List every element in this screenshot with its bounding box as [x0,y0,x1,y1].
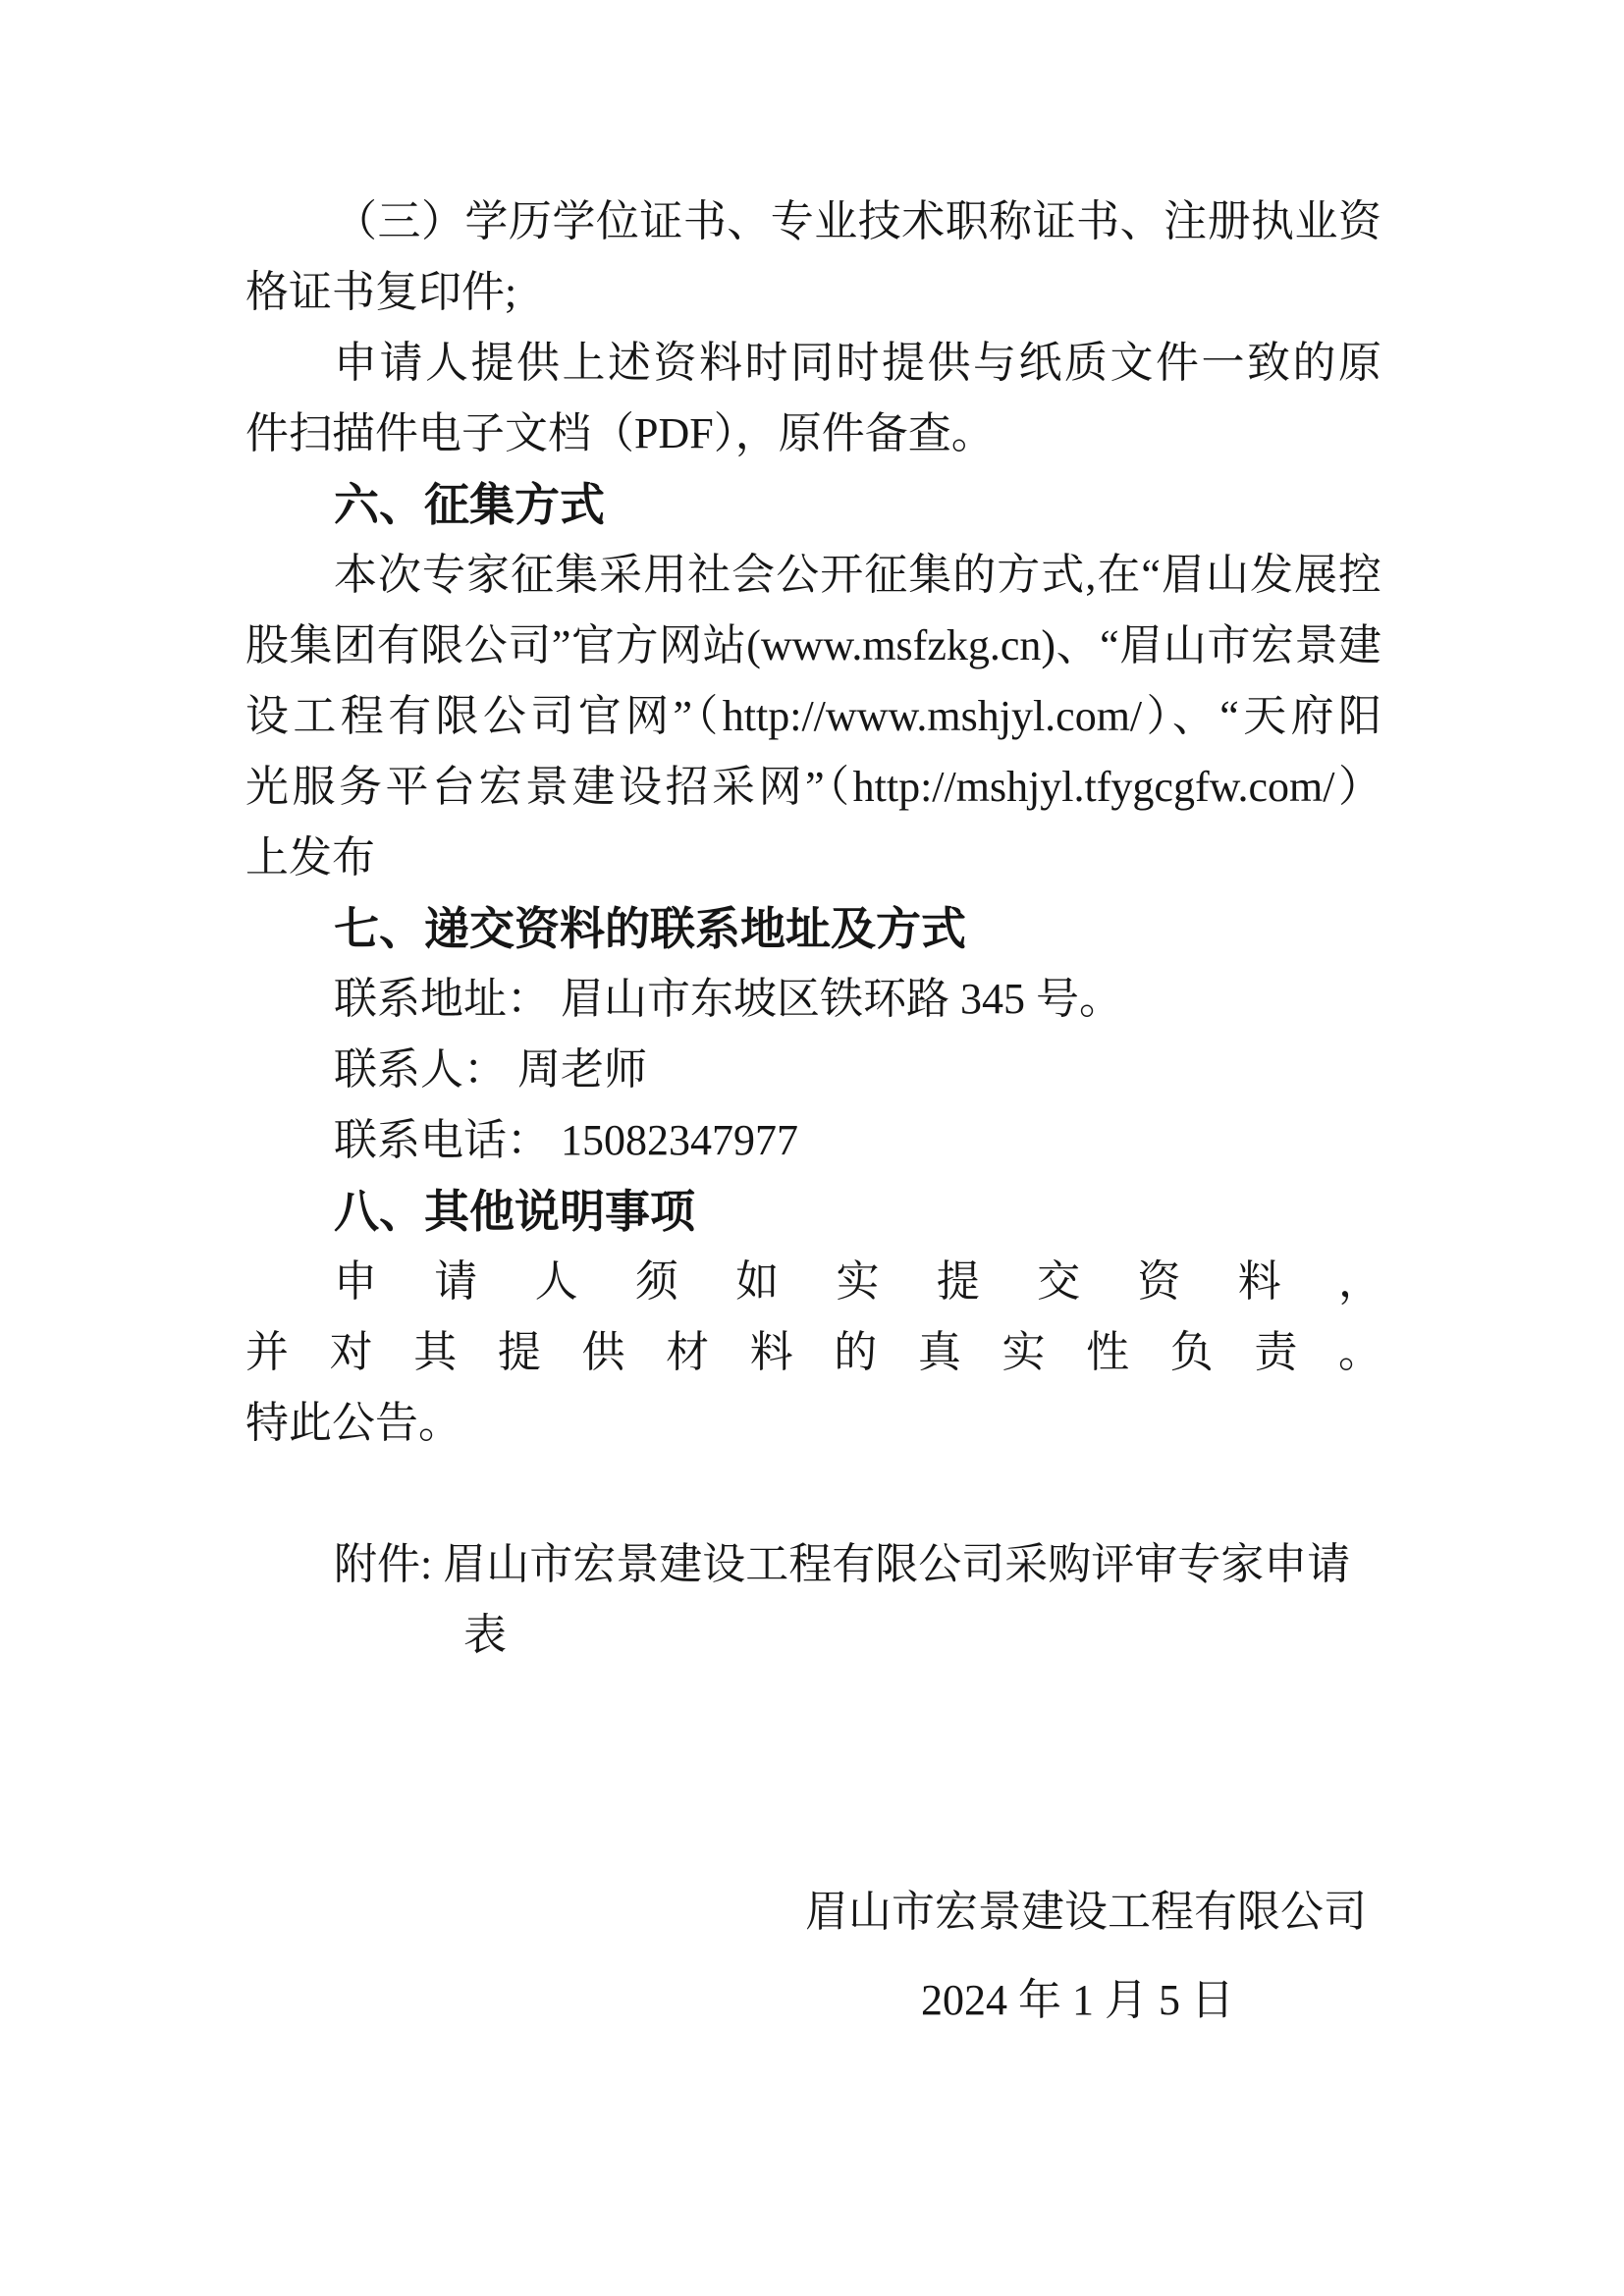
text-line-contact-address: 联系地址： 眉山市东坡区铁环路 345 号。 [245,964,1381,1035]
attachment-line-2: 表 [245,1600,1381,1671]
document-page: （三）学历学位证书、专业技术职称证书、注册执业资 格证书复印件; 申请人提供上述… [0,0,1624,2296]
text-line-notice: 特此公告。 [245,1388,1381,1459]
section-heading-six: 六、征集方式 [245,469,1381,540]
signature-company: 眉山市宏景建设工程有限公司 [245,1877,1381,1948]
text-line-contact-phone: 联系电话： 15082347977 [245,1105,1381,1176]
text-line-method-4: 光服务平台宏景建设招采网”（http://mshjyl.tfygcgfw.com… [245,752,1381,823]
blank-line [245,1459,1381,1529]
text-line-certificates-1: （三）学历学位证书、专业技术职称证书、注册执业资 [245,187,1381,257]
text-line-method-5: 上发布 [245,823,1381,893]
section-heading-eight: 八、其他说明事项 [245,1176,1381,1247]
text-line-contact-person: 联系人： 周老师 [245,1035,1381,1105]
signature-date: 2024 年 1 月 5 日 [245,1965,1381,2036]
text-line-certificates-2: 格证书复印件; [245,257,1381,328]
attachment-line-1: 附件: 眉山市宏景建设工程有限公司采购评审专家申请 [245,1529,1381,1600]
text-line-scan-copy-2: 件扫描件电子文档（PDF），原件备查。 [245,399,1381,469]
text-line-truthfulness: 申请人须如实提交资料，并对其提供材料的真实性负责。 [245,1247,1381,1388]
section-heading-seven: 七、递交资料的联系地址及方式 [245,893,1381,964]
text-line-method-2: 股集团有限公司”官方网站(www.msfzkg.cn)、“眉山市宏景建 [245,611,1381,681]
document-content: （三）学历学位证书、专业技术职称证书、注册执业资 格证书复印件; 申请人提供上述… [245,187,1381,2036]
text-line-method-1: 本次专家征集采用社会公开征集的方式,在“眉山发展控 [245,540,1381,611]
text-line-scan-copy-1: 申请人提供上述资料时同时提供与纸质文件一致的原 [245,328,1381,399]
text-line-method-3: 设工程有限公司官网”（http://www.mshjyl.com/）、“天府阳 [245,681,1381,752]
